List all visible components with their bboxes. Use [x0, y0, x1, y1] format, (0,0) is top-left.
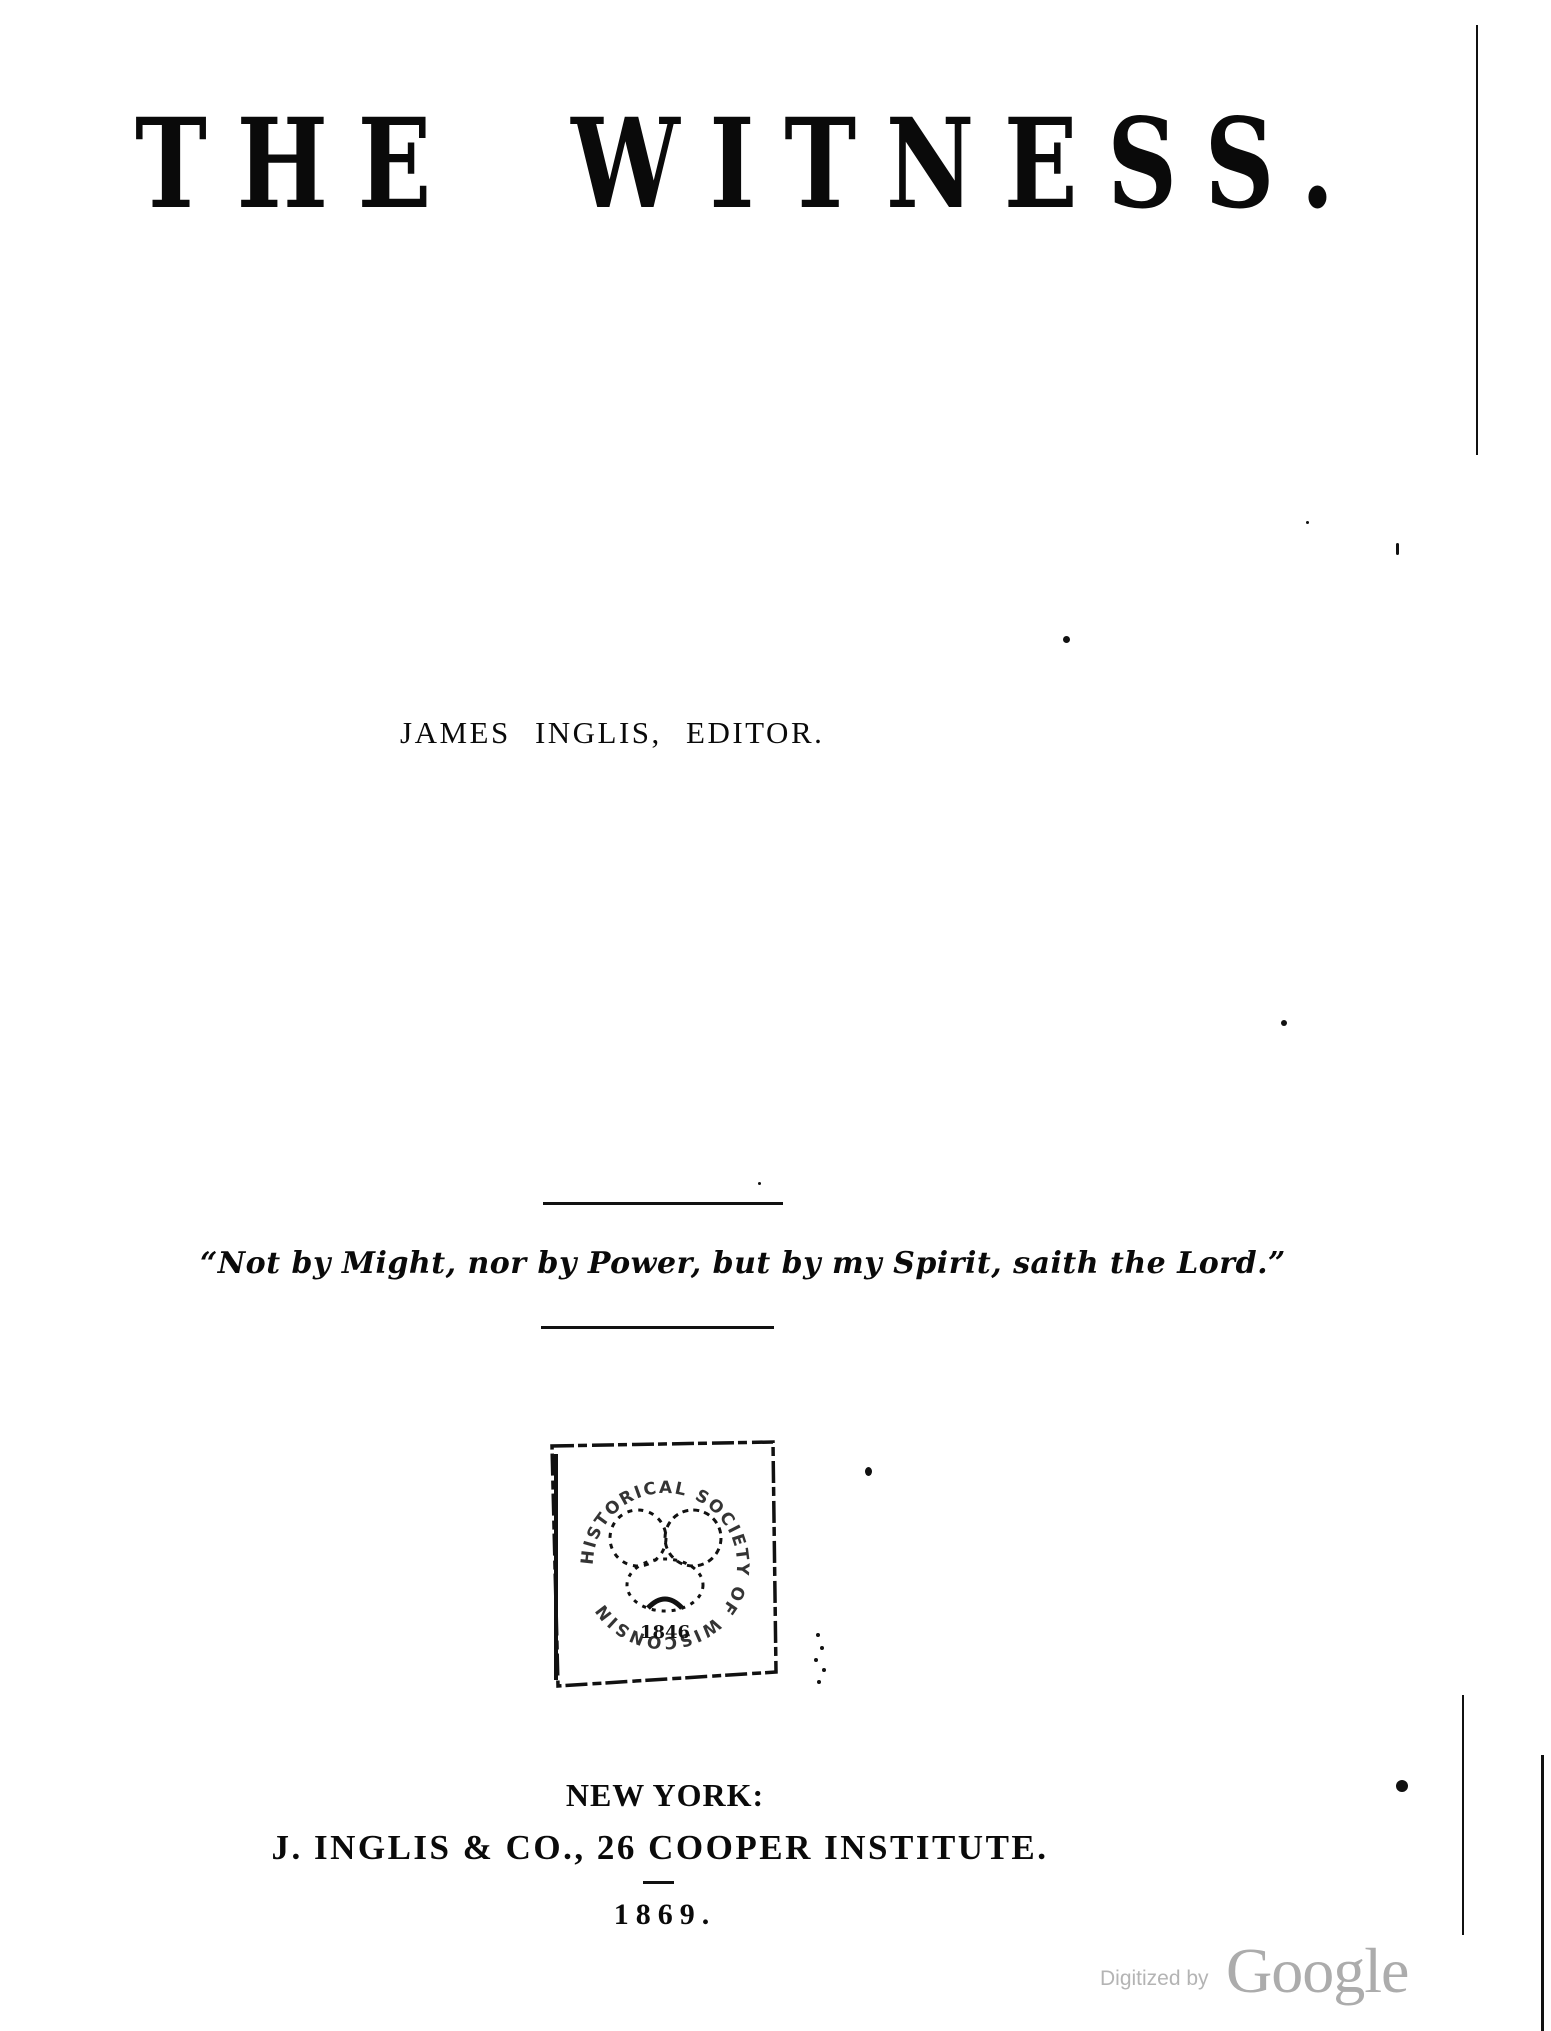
scan-speck	[758, 1182, 761, 1185]
stamp-year: 1846	[640, 1622, 690, 1643]
divider-rule-bottom	[541, 1326, 774, 1329]
scan-speck	[1306, 521, 1309, 524]
epigraph-quote: “Not by Might, nor by Power, but by my S…	[200, 1242, 1140, 1286]
editor-line: JAMES INGLIS, EDITOR.	[400, 716, 960, 750]
scan-speck	[1396, 1780, 1408, 1792]
scan-speck	[1281, 1020, 1287, 1026]
page-edge-line-lower	[1462, 1695, 1464, 1935]
imprint-publisher: J. INGLIS & CO., 26 COOPER INSTITUTE.	[130, 1828, 1190, 1868]
library-stamp-icon: HISTORICAL SOCIETY OF WISCONSIN 1846	[548, 1440, 848, 1690]
imprint-year: 1869.	[560, 1897, 770, 1933]
page-edge-line-upper	[1476, 25, 1478, 455]
scan-speck	[1396, 543, 1399, 555]
scan-speck	[865, 1467, 872, 1476]
divider-rule-top	[543, 1202, 783, 1205]
google-logo: Google	[1226, 1936, 1408, 2006]
page-edge-line-far	[1541, 1755, 1544, 2031]
digitized-by-label: Digitized by	[1100, 1966, 1209, 1992]
imprint-place: NEW YORK:	[440, 1778, 890, 1812]
page-title: THE WITNESS.	[135, 105, 1009, 225]
scan-speck	[1063, 636, 1070, 643]
imprint-dash	[643, 1881, 674, 1884]
